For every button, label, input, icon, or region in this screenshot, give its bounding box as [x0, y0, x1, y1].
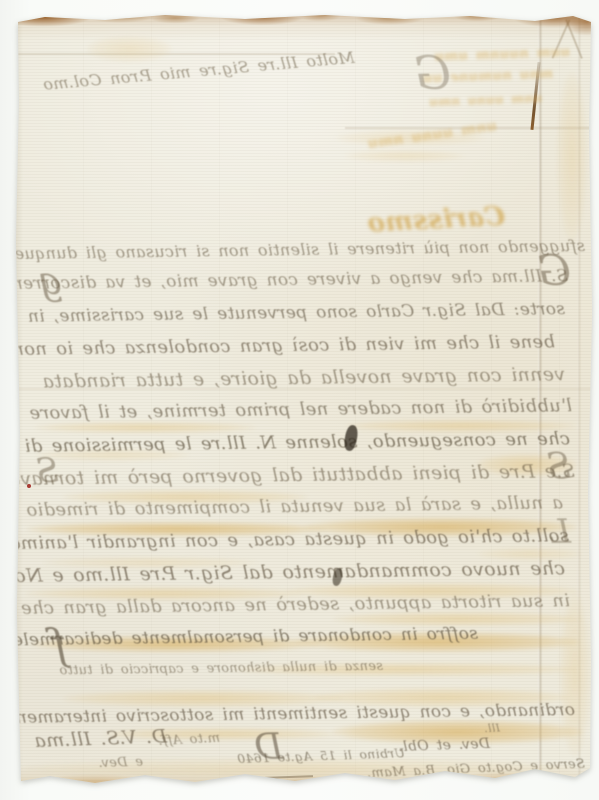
flourish-letter: L — [527, 515, 571, 550]
handwriting-line: l'ubbidirò di non cadere nel primo termi… — [22, 397, 572, 423]
handwriting-line: bene il che mi vien di così gran condole… — [30, 333, 555, 358]
stain-blob — [335, 130, 485, 146]
scanned-letter-page: uum nuunm umu mnu numune uu unm uunu nmu… — [0, 0, 599, 800]
stain-script-word: Carissmo — [329, 203, 505, 238]
stain-blob-right-crease — [560, 592, 590, 757]
bottom-edge-stain — [15, 756, 592, 786]
stain-blob — [35, 422, 255, 433]
stain-blob — [345, 150, 465, 162]
signature-small: Ill. — [440, 722, 500, 736]
flourish-letter: f — [23, 624, 68, 667]
paper-sheet: uum nuunm umu mnu numune uu unm uunu nmu… — [15, 12, 592, 786]
signature-dev: Dev. et Obl. — [370, 737, 490, 755]
handwriting-line: che nuovo commandamento dal Sig.r P.re I… — [30, 559, 565, 585]
flourish-letter: G — [521, 250, 572, 293]
handwriting-line: S. Ill.ma che vengo a vivere con grave m… — [28, 268, 568, 293]
stain-blob-right-crease — [557, 72, 587, 242]
handwriting-line: senza di nulla dishonore e capriccio di … — [83, 660, 383, 677]
handwriting-line: sfuggendo non più ritenere il silentio n… — [25, 238, 585, 262]
flourish-letter: G — [401, 50, 452, 97]
flourish-letter: S — [525, 450, 571, 487]
top-edge-rust-stain — [15, 12, 592, 48]
paper-surface: uum nuunm umu mnu numune uu unm uunu nmu… — [15, 12, 592, 786]
stain-script: uum nuunm umu — [445, 46, 570, 63]
handwriting-line: S.e P.re di pieni abbattuti dal governo … — [20, 462, 575, 489]
handwriting-line: soll.to ch'io godo in questa casa, e con… — [22, 527, 569, 553]
handwriting-line: che ne conseguendo, solenne N. Ill.re le… — [30, 430, 570, 456]
left-edge-shading — [15, 12, 23, 786]
flourish-letter: S — [17, 454, 59, 489]
flourish-letter: g — [19, 262, 64, 301]
handwriting-line: sorte: Dal Sig.r Carlo sono pervenute le… — [30, 301, 565, 325]
red-speck — [27, 484, 31, 488]
handwriting-line: a nulla, e sarà la sua venuta il compime… — [28, 494, 563, 519]
